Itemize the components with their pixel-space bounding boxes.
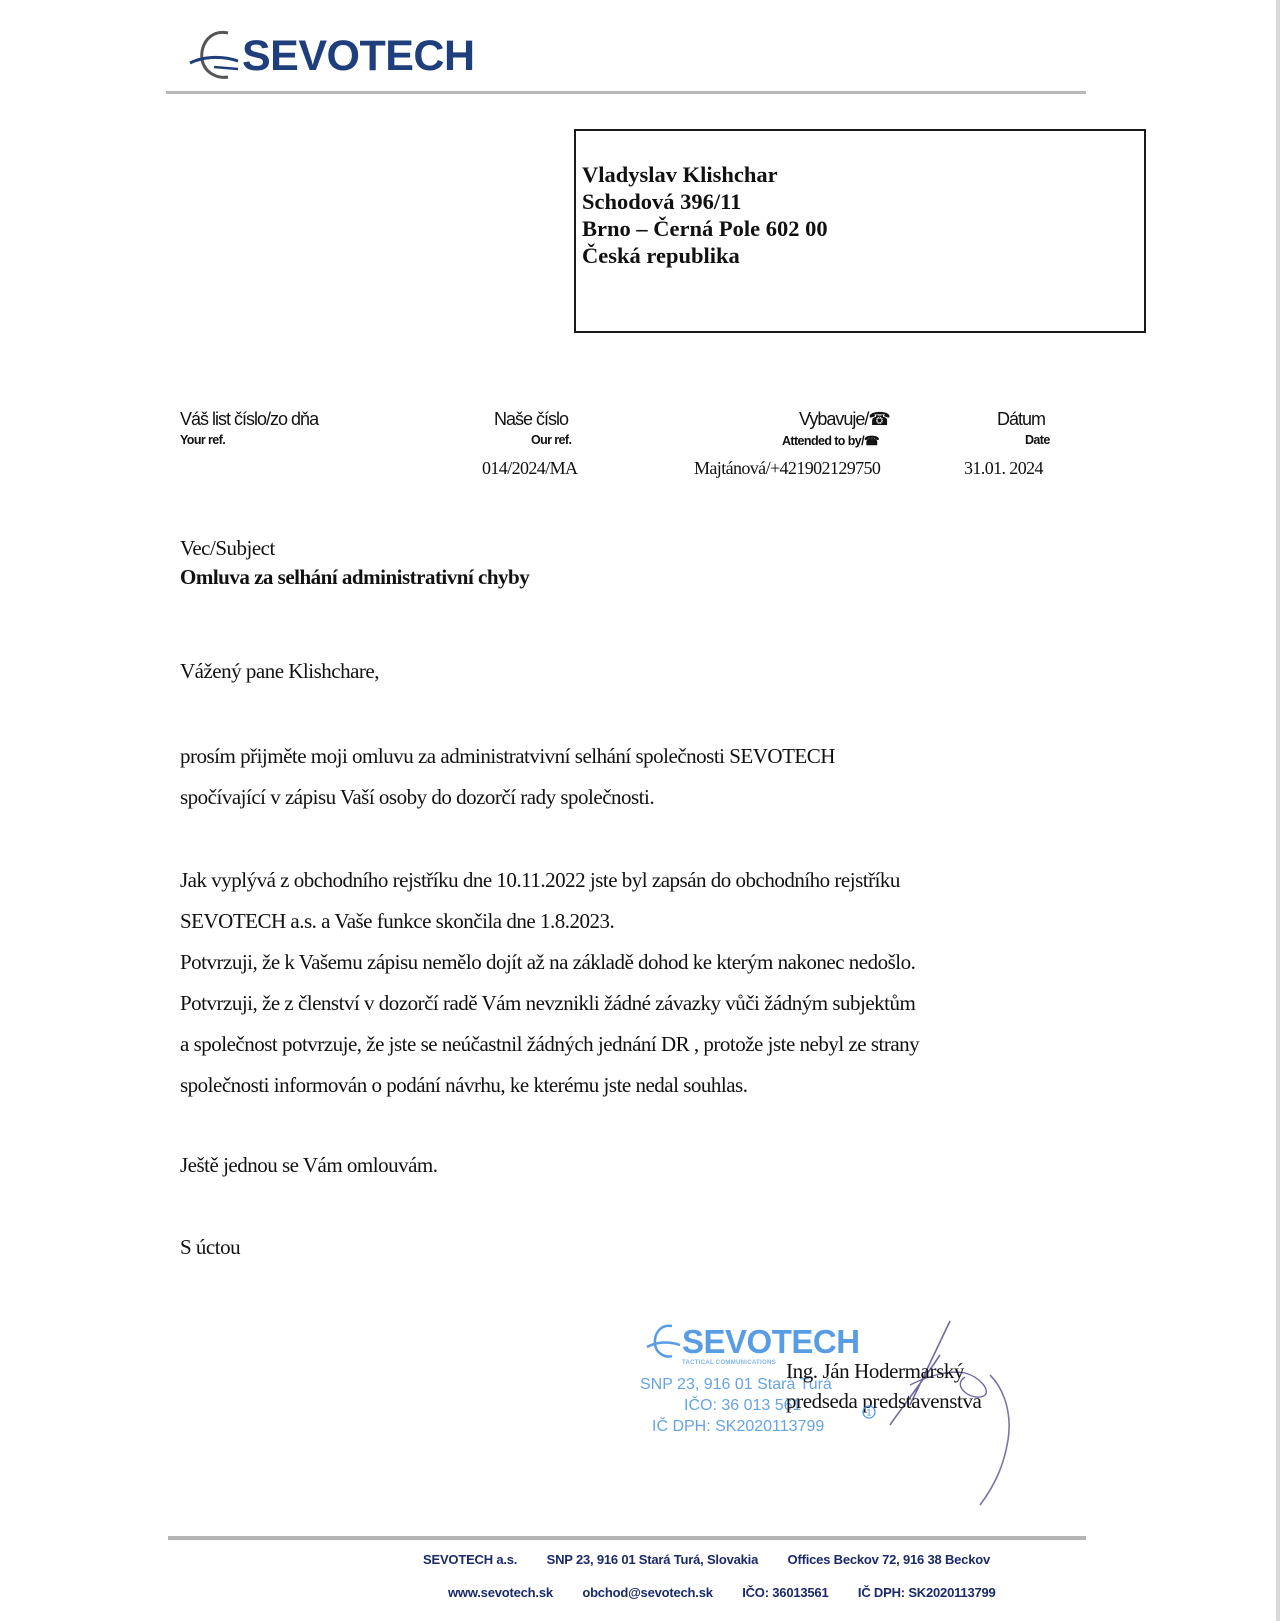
subject-title: Omluva za selhání administrativní chyby xyxy=(180,565,529,590)
signatory-name: Ing. Ján Hodermarský xyxy=(786,1359,964,1384)
recipient-name: Vladyslav Klishchar xyxy=(582,161,828,188)
logo-swirl-icon xyxy=(188,27,244,85)
recipient-city: Brno – Černá Pole 602 00 xyxy=(582,215,828,242)
date-value: 31.01. 2024 xyxy=(964,458,1043,479)
paragraph-2-line-3: Potvrzuji, že k Vašemu zápisu nemělo doj… xyxy=(180,950,915,975)
attended-label: Vybavuje/☎ xyxy=(799,409,890,430)
apology-line: Ještě jednou se Vám omlouvám. xyxy=(180,1153,438,1178)
attended-value: Majtánová/+421902129750 xyxy=(694,458,880,479)
footer-email[interactable]: obchod@sevotech.sk xyxy=(582,1585,712,1600)
your-ref-sublabel: Your ref. xyxy=(180,433,225,447)
page-edge xyxy=(1276,0,1280,1621)
signature-icon xyxy=(790,1315,1030,1515)
footer-address: SNP 23, 916 01 Stará Turá, Slovakia xyxy=(547,1552,758,1567)
paragraph-2-line-1: Jak vyplývá z obchodního rejstříku dne 1… xyxy=(180,868,900,893)
header-divider xyxy=(166,91,1086,94)
footer-offices: Offices Beckov 72, 916 38 Beckov xyxy=(788,1552,990,1567)
paragraph-2-line-6: společnosti informován o podání návrhu, … xyxy=(180,1073,747,1098)
date-sublabel: Date xyxy=(1025,433,1050,447)
footer-ico: IČO: 36013561 xyxy=(742,1585,828,1600)
paragraph-2-line-4: Potvrzuji, že z členství v dozorčí radě … xyxy=(180,991,915,1016)
recipient-address-box: Vladyslav Klishchar Schodová 396/11 Brno… xyxy=(574,129,1146,333)
recipient-street: Schodová 396/11 xyxy=(582,188,828,215)
stamp-swirl-icon xyxy=(646,1322,682,1362)
your-ref-label: Váš list číslo/zo dňa xyxy=(180,409,318,430)
logo-text: SEVOTECH xyxy=(242,32,475,81)
svg-text:1: 1 xyxy=(866,1408,871,1418)
salutation: Vážený pane Klishchare, xyxy=(180,659,379,684)
recipient-country: Česká republika xyxy=(582,242,828,269)
paragraph-1-line-2: spočívající v zápisu Vaší osoby do dozor… xyxy=(180,785,654,810)
footer-company: SEVOTECH a.s. xyxy=(423,1552,517,1567)
footer-contact-line: www.sevotech.sk obchod@sevotech.sk IČO: … xyxy=(448,1585,996,1600)
our-ref-sublabel: Our ref. xyxy=(531,433,571,447)
signatory-title: predseda predstavenstva xyxy=(786,1389,981,1414)
our-ref-value: 014/2024/MA xyxy=(482,458,577,479)
footer-website[interactable]: www.sevotech.sk xyxy=(448,1585,553,1600)
subject-label: Vec/Subject xyxy=(180,536,275,561)
paragraph-2-line-5: a společnost potvrzuje, že jste se neúča… xyxy=(180,1032,919,1057)
stamp-ico: IČO: 36 013 561 xyxy=(684,1397,801,1415)
date-label: Dátum xyxy=(997,409,1045,430)
footer-address-line: SEVOTECH a.s. SNP 23, 916 01 Stará Turá,… xyxy=(423,1552,990,1567)
stamp-tagline: TACTICAL COMMUNICATIONS xyxy=(682,1360,776,1366)
footer-divider xyxy=(168,1536,1086,1540)
paragraph-1-line-1: prosím přijměte moji omluvu za administr… xyxy=(180,744,835,769)
paragraph-2-line-2: SEVOTECH a.s. a Vaše funkce skončila dne… xyxy=(180,909,614,934)
our-ref-label: Naše číslo xyxy=(494,409,568,430)
stamp-number-icon: 1 xyxy=(860,1403,878,1421)
attended-sublabel: Attended to by/☎ xyxy=(782,433,879,448)
company-logo: SEVOTECH xyxy=(188,26,475,86)
closing: S úctou xyxy=(180,1235,240,1260)
footer-dic: IČ DPH: SK2020113799 xyxy=(858,1585,996,1600)
